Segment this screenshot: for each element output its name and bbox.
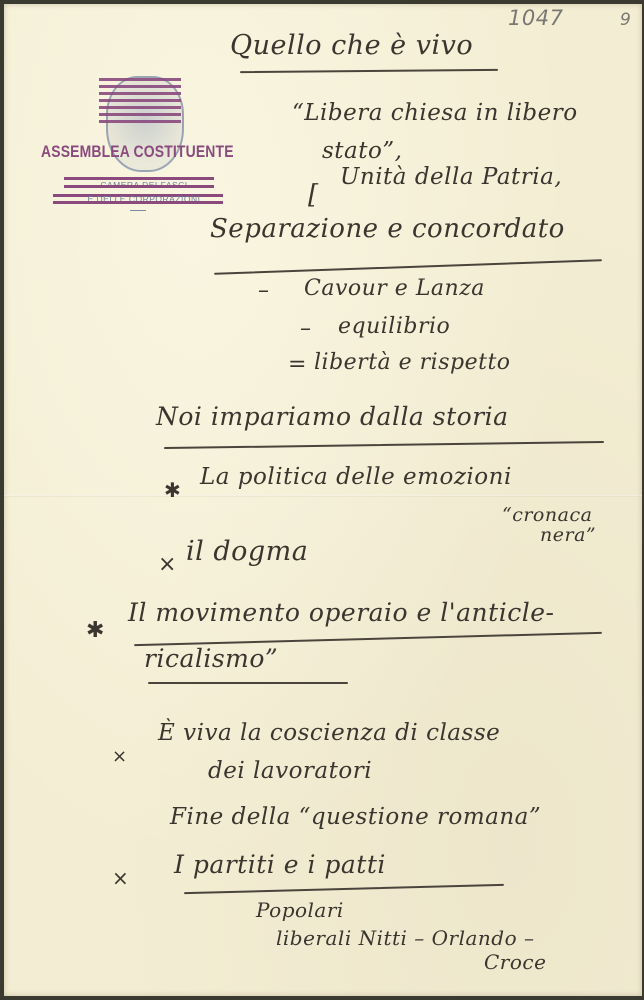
letterhead-title: ASSEMBLEA COSTITUENTE (41, 142, 205, 162)
sub-item-cavour: Cavour e Lanza (304, 276, 485, 301)
partiti-underline (184, 884, 504, 894)
quote-line-2: stato”, (322, 138, 402, 164)
bullet-partiti: I partiti e i patti (174, 850, 386, 879)
line-questione-romana: Fine della “questione romana” (170, 804, 541, 830)
quote-line-1: “Libera chiesa in libero (292, 100, 578, 126)
strike-bar (64, 185, 214, 188)
bullet-politica: La politica delle emozioni (200, 464, 512, 490)
manuscript-page: ASSEMBLEA COSTITUENTE CAMERA DEI FASCI E… (4, 4, 642, 996)
paper-fold-line (4, 495, 642, 497)
archive-number: 1047 (508, 6, 563, 30)
cross-bullet-icon: × (158, 552, 176, 577)
bullet-politica-cont-1: “cronaca (502, 504, 592, 526)
strike-bar (53, 201, 223, 204)
bullet-movimento: Il movimento operaio e l'anticle- (128, 598, 554, 627)
heading-underline (240, 69, 498, 73)
letterhead: ASSEMBLEA COSTITUENTE CAMERA DEI FASCI E… (34, 70, 244, 220)
bullet-movimento-cont: ricalismo” (144, 644, 278, 673)
sub-item-marker: = (288, 352, 307, 377)
sub-item-liberta: libertà e rispetto (314, 350, 511, 375)
footer-popolari: Popolari (256, 898, 344, 922)
footer-croce: Croce (484, 950, 546, 974)
bracket-mark: [ (308, 180, 319, 210)
sub-item-marker: – (300, 316, 312, 341)
cross-bullet-icon: × (112, 866, 129, 890)
sub-item-marker: – (258, 278, 270, 303)
bullet-coscienza-cont: dei lavoratori (208, 758, 372, 784)
section-history: Noi impariamo dalla storia (156, 402, 509, 431)
bullet-coscienza: È viva la coscienza di classe (158, 720, 500, 746)
asterisk-bullet-icon: ✱ (86, 618, 104, 643)
separation-underline (214, 259, 602, 275)
footer-liberali: liberali Nitti – Orlando – (276, 926, 535, 950)
history-underline (164, 441, 604, 449)
page-number: 9 (620, 10, 631, 30)
asterisk-bullet-icon: ✱ (164, 478, 181, 502)
sub-item-equilibrio: equilibrio (338, 314, 450, 339)
notes-heading: Quello che è vivo (230, 30, 473, 61)
cross-bullet-icon: × (112, 746, 127, 767)
emblem-strikethrough-bars (99, 78, 181, 127)
ricalismo-underline (148, 682, 348, 684)
letterhead-rule (130, 210, 146, 211)
unity-line: Unità della Patria, (340, 164, 562, 190)
section-separation: Separazione e concordato (210, 214, 565, 244)
bullet-politica-cont-2: nera” (540, 524, 596, 546)
bullet-dogma: il dogma (186, 536, 308, 567)
